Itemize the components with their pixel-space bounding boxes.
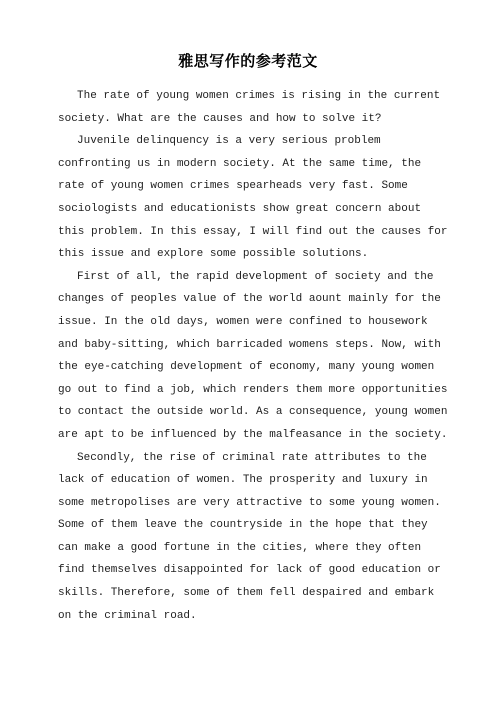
document-title: 雅思写作的参考范文 xyxy=(0,52,496,72)
paragraph-first-cause: First of all, the rapid development of s… xyxy=(58,266,458,447)
paragraph-introduction: Juvenile delinquency is a very serious p… xyxy=(58,130,458,266)
paragraph-second-cause: Secondly, the rise of criminal rate attr… xyxy=(58,447,458,628)
essay-body: The rate of young women crimes is rising… xyxy=(58,85,458,627)
paragraph-question: The rate of young women crimes is rising… xyxy=(58,85,458,130)
document-page: 雅思写作的参考范文 The rate of young women crimes… xyxy=(0,0,496,702)
